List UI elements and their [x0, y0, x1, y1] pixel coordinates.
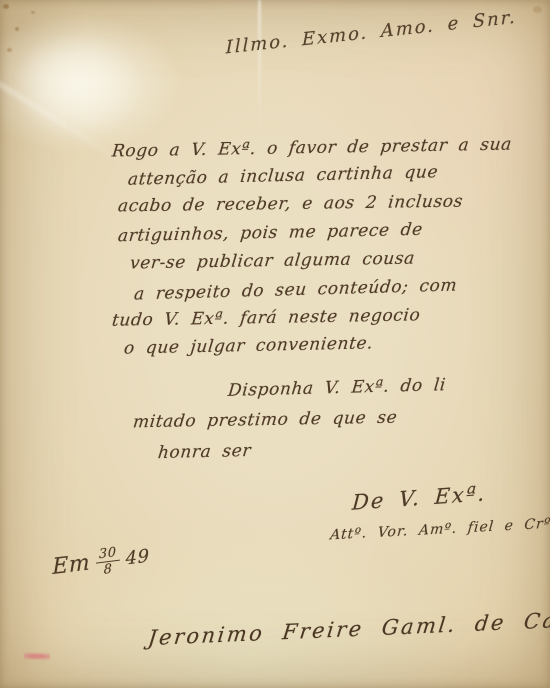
ink-spot [31, 11, 35, 14]
letter-body-line: tudo V. Exª. fará neste negocio [111, 305, 421, 330]
letter-body-line: attenção a inclusa cartinha que [127, 162, 439, 190]
date-month: 8 [96, 561, 120, 578]
letter-signature: Jeronimo Freire Gaml. de Castro [147, 606, 550, 650]
ink-spot [3, 4, 9, 9]
letter-valediction: Attº. Vor. Amº. fiel e Crº. obgº. [329, 513, 550, 544]
letter-closing-line: Disponha V. Exª. do li [227, 375, 447, 401]
paper-crease-vertical [258, 0, 261, 135]
date-year: 49 [125, 545, 149, 569]
red-pencil-mark [24, 651, 50, 661]
letter-body-line: Rogo a V. Exª. o favor de prestar a sua [111, 134, 513, 161]
ink-spot [15, 27, 19, 31]
date-fraction: 308 [96, 546, 120, 578]
letter-body-line: ver-se publicar alguma cousa [129, 248, 416, 273]
letter-body-line: o que julgar conveniente. [123, 333, 374, 358]
letter-closing-line: mitado prestimo de que se [132, 408, 398, 433]
letter-body-line: acabo de receber, e aos 2 inclusos [117, 192, 464, 217]
ink-spot [7, 48, 12, 52]
letter-closing-line: honra ser [157, 441, 252, 463]
letter-body-line: artiguinhos, pois me parece de [117, 220, 424, 246]
letter-page: Illmo. Exmo. Amo. e Snr. Rogo a V. Exª. … [0, 0, 550, 688]
letter-body-line: a respeito do seu conteúdo; com [133, 275, 458, 304]
ink-spot [533, 6, 542, 13]
date-prefix: Em [52, 550, 90, 580]
paper-stain-patch [14, 34, 144, 139]
letter-date: Em30849 [52, 542, 150, 583]
manuscript-photo: Illmo. Exmo. Amo. e Snr. Rogo a V. Exª. … [0, 0, 550, 688]
letter-salutation: Illmo. Exmo. Amo. e Snr. [226, 7, 517, 59]
letter-farewell: De V. Exª. [351, 481, 487, 515]
